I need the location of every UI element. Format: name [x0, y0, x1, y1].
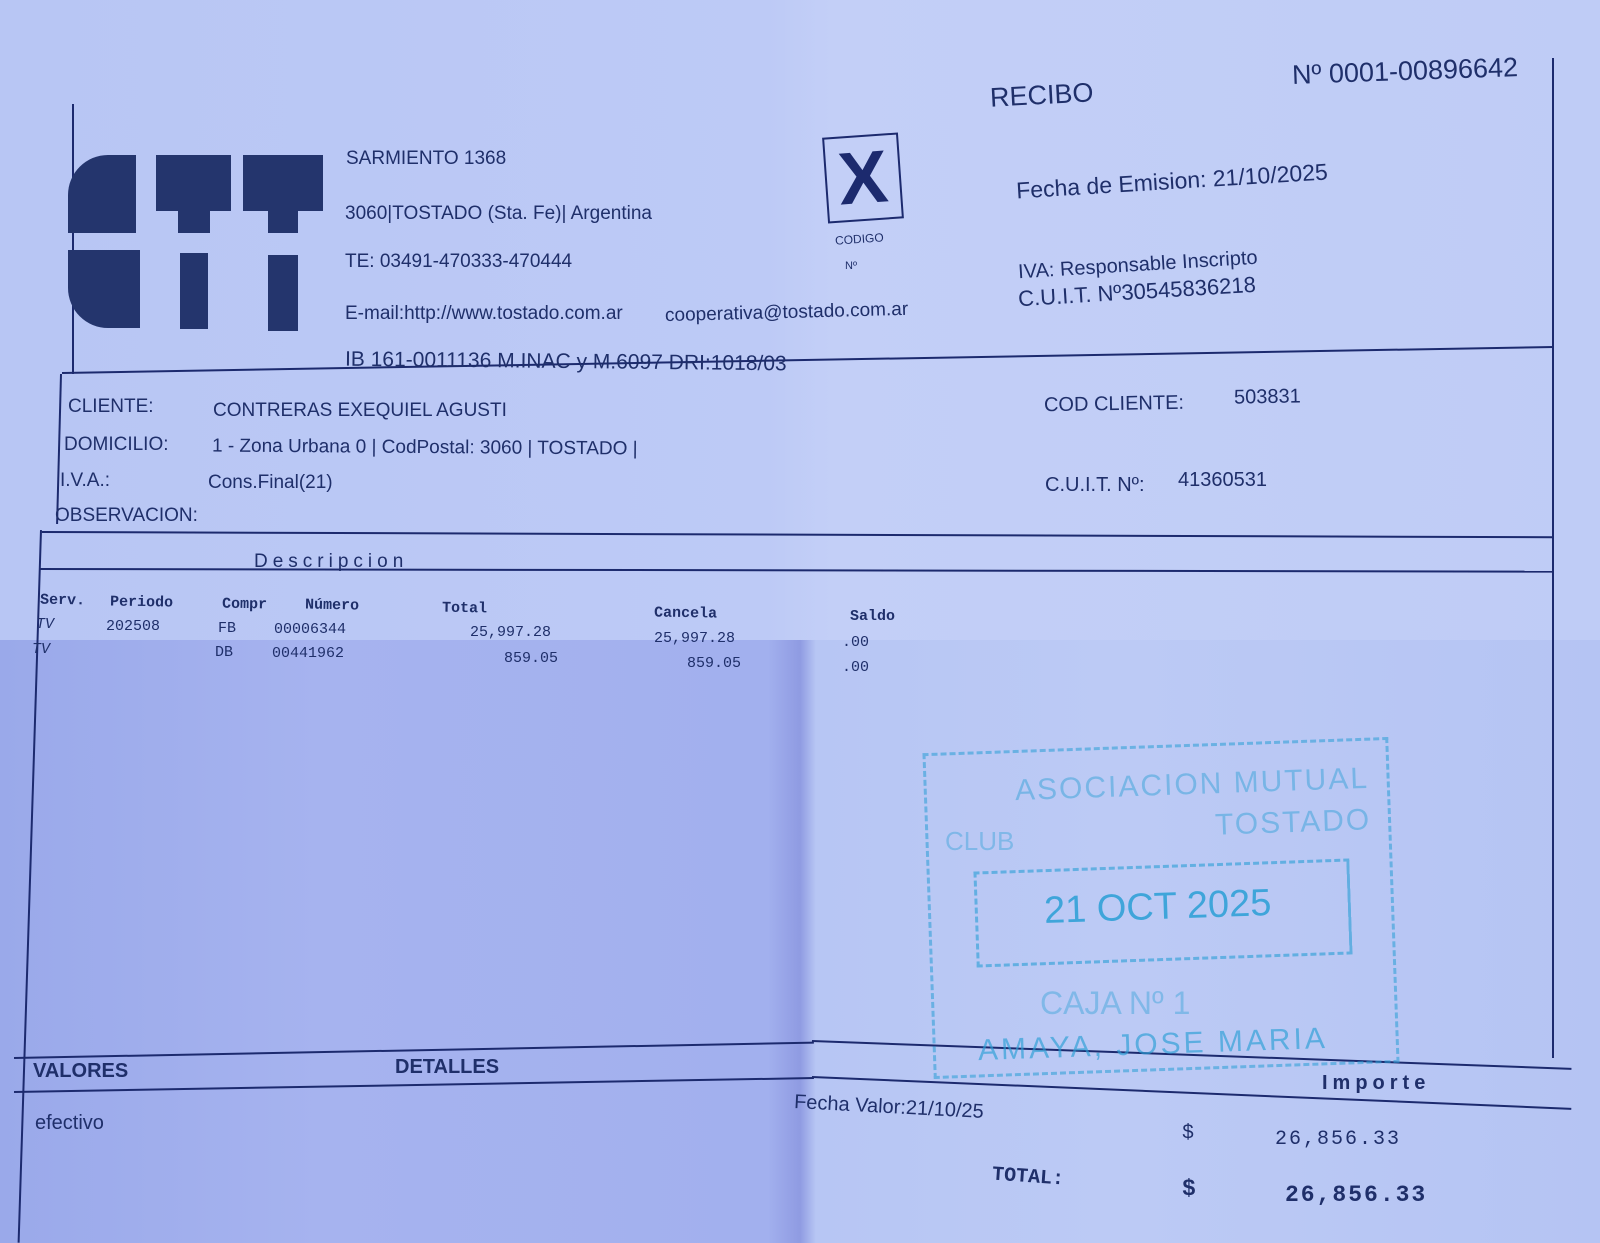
client-code-label: COD CLIENTE: [1044, 392, 1184, 417]
invoice-code-letter: X [836, 139, 890, 216]
client-iva: Cons.Final(21) [208, 472, 333, 494]
row1-cancela: 25,997.28 [654, 630, 735, 647]
importe-label: Importe [1322, 1072, 1430, 1095]
col-header-total: Total [442, 600, 487, 618]
col-header-periodo: Periodo [110, 593, 173, 611]
client-address-label: DOMICILIO: [64, 434, 169, 456]
frame-right [1552, 58, 1554, 1058]
row1-serv: TV [36, 616, 54, 633]
code-number-label: Nº [845, 260, 857, 272]
client-cuit-label: C.U.I.T. Nº: [1045, 474, 1145, 497]
stamp-date: 21 OCT 2025 [1043, 882, 1272, 933]
client-iva-label: I.V.A.: [60, 470, 110, 492]
col-header-serv: Serv. [40, 592, 85, 610]
company-address: SARMIENTO 1368 [346, 148, 506, 170]
row1-numero: 00006344 [274, 621, 346, 638]
stamp-line2-left: CLUB [945, 826, 1014, 857]
row2-cancela: 859.05 [687, 655, 741, 672]
col-header-compr: Compr [222, 596, 267, 614]
company-registry: IB 161-0011136 M.INAC y M.6097 DRI:1018/… [345, 348, 787, 377]
invoice-code-box: X [822, 132, 904, 223]
client-name: CONTRERAS EXEQUIEL AGUSTI [213, 400, 507, 422]
company-city: 3060|TOSTADO (Sta. Fe)| Argentina [345, 203, 652, 225]
row1-saldo: .00 [842, 634, 869, 651]
client-code: 503831 [1234, 385, 1301, 409]
company-phone: TE: 03491-470333-470444 [345, 251, 572, 273]
row2-total: 859.05 [504, 650, 558, 667]
amount-value: 26,856.33 [1275, 1128, 1401, 1151]
total-value: 26,856.33 [1285, 1182, 1427, 1208]
valores-label: VALORES [33, 1060, 128, 1083]
client-name-label: CLIENTE: [68, 396, 154, 418]
row2-compr: DB [215, 644, 233, 661]
col-header-numero: Número [305, 597, 359, 615]
client-observation-label: OBSERVACION: [55, 505, 198, 527]
document-type: RECIBO [989, 77, 1094, 113]
client-cuit: 41360531 [1178, 469, 1267, 492]
row1-periodo: 202508 [106, 618, 160, 635]
col-header-saldo: Saldo [850, 608, 895, 625]
row2-saldo: .00 [842, 659, 869, 676]
stamp-line2-right: TOSTADO [1214, 803, 1371, 842]
total-label: TOTAL: [991, 1164, 1064, 1192]
detalles-label: DETALLES [395, 1056, 499, 1079]
payment-method: efectivo [35, 1112, 104, 1135]
stamp-box: CAJA Nº 1 [1040, 985, 1190, 1022]
company-website: E-mail:http://www.tostado.com.ar [345, 303, 623, 325]
client-address: 1 - Zona Urbana 0 | CodPostal: 3060 | TO… [212, 436, 638, 461]
col-header-cancela: Cancela [654, 604, 717, 622]
row2-serv: TV [32, 641, 50, 658]
row1-compr: FB [218, 620, 236, 637]
row1-total: 25,997.28 [470, 624, 551, 641]
company-logo [68, 155, 323, 333]
amount-currency: $ [1182, 1122, 1194, 1145]
description-title: Descripcion [254, 551, 408, 573]
row2-numero: 00441962 [272, 645, 344, 662]
total-currency: $ [1182, 1176, 1196, 1202]
